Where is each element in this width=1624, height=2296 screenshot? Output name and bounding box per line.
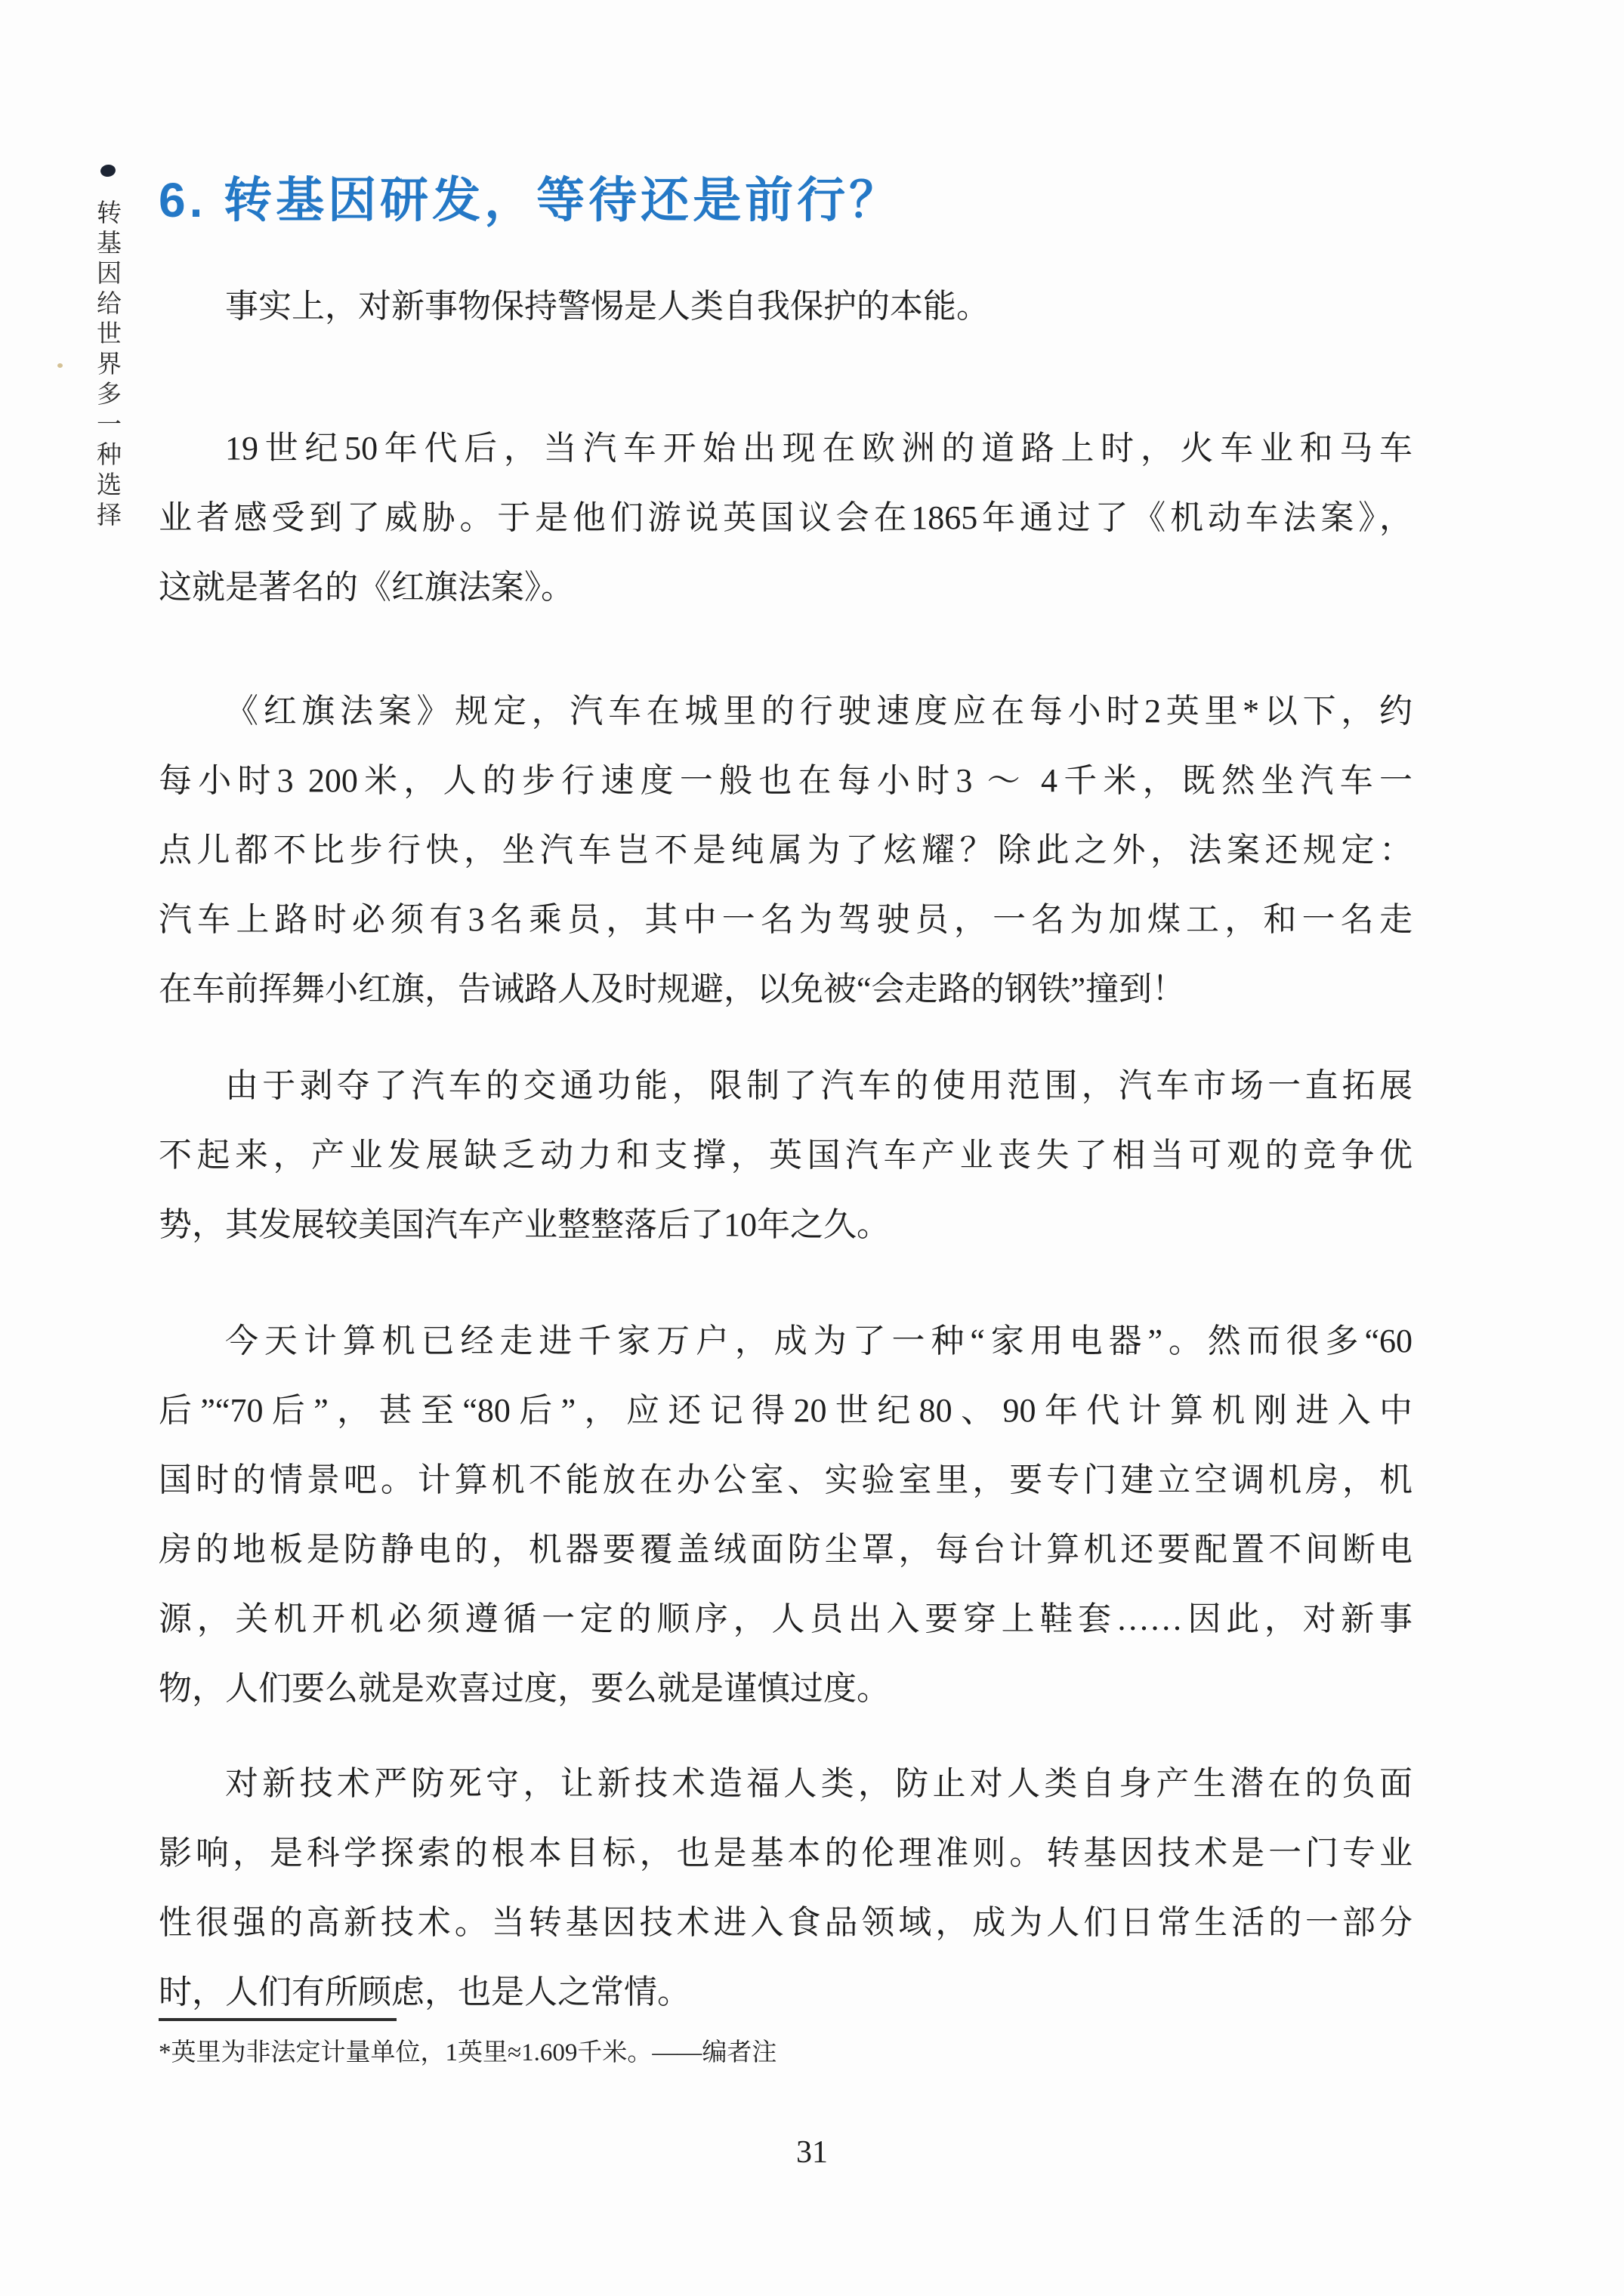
text-line: 由于剥夺了汽车的交通功能，限制了汽车的使用范围，汽车市场一直拓展 — [159, 1051, 1413, 1121]
text-line: 今天计算机已经走进千家万户，成为了一种“家用电器”。然而很多“60 — [159, 1307, 1413, 1376]
text-line: 国时的情景吧。计算机不能放在办公室、实验室里，要专门建立空调机房，机 — [159, 1446, 1413, 1515]
text-line: 19世纪50年代后，当汽车开始出现在欧洲的道路上时，火车业和马车 — [159, 414, 1413, 483]
text-line: 源，关机开机必须遵循一定的顺序，人员出入要穿上鞋套……因此，对新事 — [159, 1585, 1413, 1654]
paragraph: 19世纪50年代后，当汽车开始出现在欧洲的道路上时，火车业和马车业者感受到了威胁… — [159, 414, 1413, 622]
paragraph: 今天计算机已经走进千家万户，成为了一种“家用电器”。然而很多“60后”“70后”… — [159, 1307, 1413, 1724]
text-line: 业者感受到了威胁。于是他们游说英国议会在1865年通过了《机动车法案》， — [159, 483, 1413, 553]
text-line: 《红旗法案》规定，汽车在城里的行驶速度应在每小时2英里*以下，约 — [159, 677, 1413, 746]
text-line: 每小时3 200米，人的步行速度一般也在每小时3 ～ 4千米，既然坐汽车一 — [159, 746, 1413, 816]
text-line: 对新技术严防死守，让新技术造福人类，防止对人类自身产生潜在的负面 — [159, 1749, 1413, 1819]
paragraph: 由于剥夺了汽车的交通功能，限制了汽车的使用范围，汽车市场一直拓展不起来，产业发展… — [159, 1051, 1413, 1260]
scan-speck — [57, 363, 63, 368]
chapter-bullet-icon — [100, 164, 116, 178]
footnote-text: *英里为非法定计量单位，1英里≈1.609千米。——编者注 — [159, 2033, 1413, 2072]
text-line: 事实上，对新事物保持警惕是人类自我保护的本能。 — [159, 272, 1413, 341]
footnote-divider — [159, 2018, 397, 2021]
text-line: 影响，是科学探索的根本目标，也是基本的伦理准则。转基因技术是一门专业 — [159, 1819, 1413, 1888]
text-line: 时，人们有所顾虑，也是人之常情。 — [159, 1958, 1413, 2027]
text-line: 物，人们要么就是欢喜过度，要么就是谨慎过度。 — [159, 1654, 1413, 1724]
text-line: 性很强的高新技术。当转基因技术进入食品领域，成为人们日常生活的一部分 — [159, 1888, 1413, 1958]
text-line: 这就是著名的《红旗法案》。 — [159, 553, 1413, 622]
text-line: 在车前挥舞小红旗，告诫路人及时规避，以免被“会走路的钢铁”撞到！ — [159, 955, 1413, 1024]
paragraph: 事实上，对新事物保持警惕是人类自我保护的本能。 — [159, 272, 1413, 341]
text-line: 势，其发展较美国汽车产业整整落后了10年之久。 — [159, 1190, 1413, 1260]
text-line: 不起来，产业发展缺乏动力和支撑，英国汽车产业丧失了相当可观的竞争优 — [159, 1121, 1413, 1190]
text-line: 汽车上路时必须有3名乘员，其中一名为驾驶员，一名为加煤工，和一名走 — [159, 885, 1413, 955]
sidebar-vertical-title: 转基因给世界多一种选择 — [89, 199, 125, 562]
text-line: 房的地板是防静电的，机器要覆盖绒面防尘罩，每台计算机还要配置不间断电 — [159, 1515, 1413, 1585]
book-page: 转基因给世界多一种选择 6. 转基因研发，等待还是前行？ 事实上，对新事物保持警… — [0, 0, 1624, 2296]
page-number: 31 — [0, 2134, 1624, 2171]
body-paragraphs: 事实上，对新事物保持警惕是人类自我保护的本能。19世纪50年代后，当汽车开始出现… — [159, 0, 1413, 2039]
text-line: 后”“70后”，甚至“80后”，应还记得20世纪80、90年代计算机刚进入中 — [159, 1376, 1413, 1446]
paragraph: 对新技术严防死守，让新技术造福人类，防止对人类自身产生潜在的负面影响，是科学探索… — [159, 1749, 1413, 2027]
text-line: 点儿都不比步行快，坐汽车岂不是纯属为了炫耀？除此之外，法案还规定： — [159, 816, 1413, 885]
paragraph: 《红旗法案》规定，汽车在城里的行驶速度应在每小时2英里*以下，约每小时3 200… — [159, 677, 1413, 1024]
